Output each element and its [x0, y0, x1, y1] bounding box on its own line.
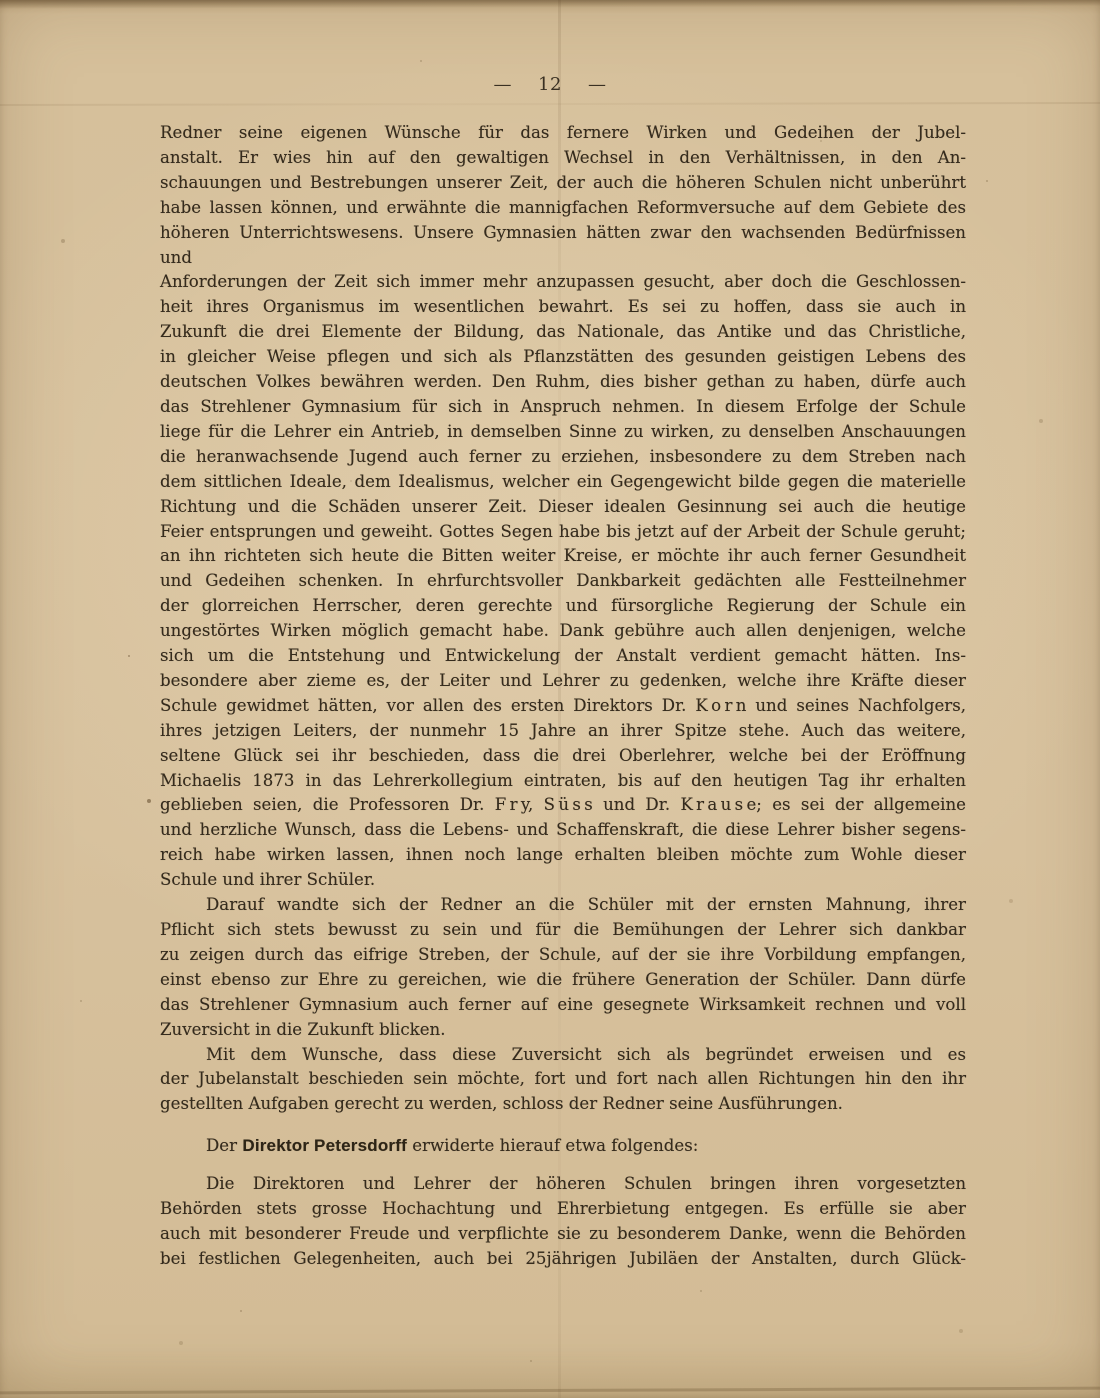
text-line: dem sittlichen Ideale, dem Idealismus, w…	[160, 470, 966, 495]
paragraph-1: Redner seine eigenen Wünsche für das fer…	[160, 121, 966, 893]
text-line: Anforderungen der Zeit sich immer mehr a…	[160, 270, 966, 295]
text-line: Pflicht sich stets bewusst zu sein und f…	[160, 918, 966, 943]
text-line: ihres jetzigen Leiters, der nunmehr 15 J…	[160, 719, 966, 744]
text-line: in gleicher Weise pflegen und sich als P…	[160, 345, 966, 370]
speaker-name: Direktor Petersdorff	[242, 1136, 407, 1155]
paragraph-4: Die Direktoren und Lehrer der höheren Sc…	[160, 1172, 966, 1272]
text-line: seltene Glück sei ihr beschieden, dass d…	[160, 744, 966, 769]
text-line: habe lassen können, und erwähnte die man…	[160, 196, 966, 221]
body-text: Redner seine eigenen Wünsche für das fer…	[160, 121, 966, 1272]
text-line: und Gedeihen schenken. In ehrfurchtsvoll…	[160, 569, 966, 594]
text-line: besondere aber zieme es, der Leiter und …	[160, 669, 966, 694]
text-line: Feier entsprungen und geweiht. Gottes Se…	[160, 520, 966, 545]
text-line: Zukunft die drei Elemente der Bildung, d…	[160, 320, 966, 345]
text-line: das Strehlener Gymnasium auch ferner auf…	[160, 993, 966, 1018]
paper-texture-speckles	[0, 0, 2, 2]
text-line: der glorreichen Herrscher, deren gerecht…	[160, 594, 966, 619]
speaker-heading: Der Direktor Petersdorff erwiderte hiera…	[160, 1133, 966, 1158]
page-number-value: 12	[538, 74, 562, 95]
text-line: die heranwachsende Jugend auch ferner zu…	[160, 445, 966, 470]
text-line: Darauf wandte sich der Redner an die Sch…	[160, 893, 966, 918]
text-line: höheren Unterrichtswesens. Unsere Gymnas…	[160, 221, 966, 271]
text-line: auch mit besonderer Freude und verpflich…	[160, 1222, 966, 1247]
text-line: heit ihres Organismus im wesentlichen be…	[160, 295, 966, 320]
page-number-dash-right: —	[588, 74, 607, 95]
paper-top-edge	[0, 0, 1100, 9]
text-line: Schule gewidmet hätten, vor allen des er…	[160, 694, 966, 719]
text-line: sich um die Entstehung und Entwickelung …	[160, 644, 966, 669]
scanned-document-page: —12— Redner seine eigenen Wünsche für da…	[0, 0, 1100, 1398]
text-line: gestellten Aufgaben gerecht zu werden, s…	[160, 1092, 966, 1117]
text-line: das Strehlener Gymnasium für sich in Ans…	[160, 395, 966, 420]
text-line: liege für die Lehrer ein Antrieb, in dem…	[160, 420, 966, 445]
text-line: zu zeigen durch das eifrige Streben, der…	[160, 943, 966, 968]
heading-pre: Der	[206, 1136, 242, 1155]
text-line: Zuversicht in die Zukunft blicken.	[160, 1018, 966, 1043]
text-line: Die Direktoren und Lehrer der höheren Sc…	[160, 1172, 966, 1197]
text-line: an ihn richteten sich heute die Bitten w…	[160, 544, 966, 569]
text-line: Richtung und die Schäden unserer Zeit. D…	[160, 495, 966, 520]
paragraph-3: Mit dem Wunsche, dass diese Zuversicht s…	[160, 1043, 966, 1118]
text-line: Behörden stets grosse Hochachtung und Eh…	[160, 1197, 966, 1222]
page-number-dash-left: —	[494, 74, 513, 95]
text-line: schauungen und Bestrebungen unserer Zeit…	[160, 171, 966, 196]
text-line: Michaelis 1873 in das Lehrerkollegium ei…	[160, 769, 966, 794]
text-line: ungestörtes Wirken möglich gemacht habe.…	[160, 619, 966, 644]
text-line: der Jubelanstalt beschieden sein möchte,…	[160, 1067, 966, 1092]
text-line: deutschen Volkes bewähren werden. Den Ru…	[160, 370, 966, 395]
paragraph-2: Darauf wandte sich der Redner an die Sch…	[160, 893, 966, 1042]
text-line: bei festlichen Gelegenheiten, auch bei 2…	[160, 1247, 966, 1272]
text-line: Redner seine eigenen Wünsche für das fer…	[160, 121, 966, 146]
text-line: Schule und ihrer Schüler.	[160, 868, 966, 893]
text-line: einst ebenso zur Ehre zu gereichen, wie …	[160, 968, 966, 993]
paper-bottom-edge	[0, 1387, 1100, 1395]
text-line: geblieben seien, die Professoren Dr. F r…	[160, 793, 966, 818]
page-number: —12—	[0, 74, 1100, 95]
text-line: Mit dem Wunsche, dass diese Zuversicht s…	[160, 1043, 966, 1068]
heading-post: erwiderte hierauf etwa folgendes:	[407, 1136, 698, 1155]
text-line: anstalt. Er wies hin auf den gewaltigen …	[160, 146, 966, 171]
text-line: und herzliche Wunsch, dass die Lebens- u…	[160, 818, 966, 843]
paper-horizontal-crease	[0, 102, 1100, 106]
text-line: reich habe wirken lassen, ihnen noch lan…	[160, 843, 966, 868]
